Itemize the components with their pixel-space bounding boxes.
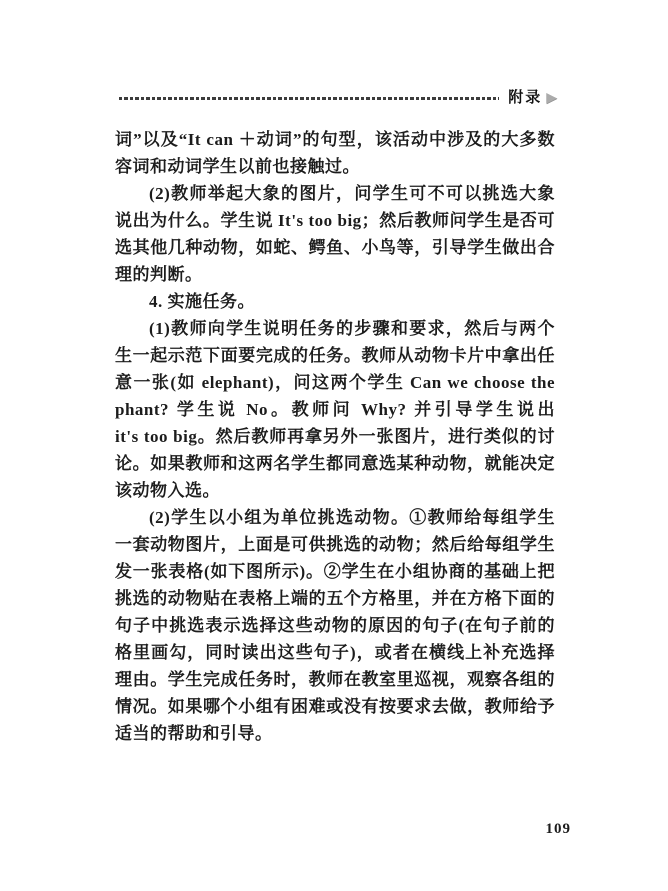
text-line: 论。如果教师和这两名学生都同意选某种动物，就能决定 — [115, 450, 555, 477]
text-line: it's too big。然后教师再拿另外一张图片，进行类似的讨 — [115, 423, 555, 450]
text-line: 意一张(如 elephant)，问这两个学生 Can we choose the… — [115, 369, 555, 396]
triangle-right-icon: ▶ — [546, 89, 557, 107]
text-line: (2)学生以小组为单位挑选动物。①教师给每组学生发 — [115, 504, 555, 531]
text-line: 一套动物图片，上面是可供挑选的动物；然后给每组学生 — [115, 531, 555, 558]
text-line: phant? 学生说 No。教师问 Why? 并引导学生说出 Because — [115, 396, 555, 423]
text-line: 格里画勾，同时读出这些句子)，或者在横线上补充选择的 — [115, 639, 555, 666]
page-number: 109 — [546, 821, 572, 837]
text-line: 理由。学生完成任务时，教师在教室里巡视，观察各组的 — [115, 666, 555, 693]
header-section-label: 附录 — [508, 89, 542, 107]
text-line: 理的判断。 — [115, 261, 555, 288]
text-line: 4. 实施任务。 — [115, 288, 555, 315]
text-line: (2)教师举起大象的图片，问学生可不可以挑选大象并 — [115, 180, 555, 207]
page-header: 附录 ▶ — [119, 89, 557, 107]
text-line: 词”以及“It can ＋动词”的句型，该活动中涉及的大多数形 — [115, 126, 555, 153]
text-line: 说出为什么。学生说 It's too big；然后教师问学生是否可以 — [115, 207, 555, 234]
header-dotted-rule — [119, 97, 499, 100]
text-line: 选其他几种动物，如蛇、鳄鱼、小鸟等，引导学生做出合 — [115, 234, 555, 261]
text-line: 该动物入选。 — [115, 477, 555, 504]
text-line: 发一张表格(如下图所示)。②学生在小组协商的基础上把 — [115, 558, 555, 585]
text-line: 句子中挑选表示选择这些动物的原因的句子(在句子前的方 — [115, 612, 555, 639]
text-line: 生一起示范下面要完成的任务。教师从动物卡片中拿出任 — [115, 342, 555, 369]
body-text: 词”以及“It can ＋动词”的句型，该活动中涉及的大多数形容词和动词学生以前… — [115, 126, 555, 747]
document-page: 附录 ▶ 词”以及“It can ＋动词”的句型，该活动中涉及的大多数形容词和动… — [0, 0, 668, 891]
page-footer: 109 — [0, 820, 571, 838]
text-line: 情况。如果哪个小组有困难或没有按要求去做，教师给予 — [115, 693, 555, 720]
text-line: 容词和动词学生以前也接触过。 — [115, 153, 555, 180]
text-line: (1)教师向学生说明任务的步骤和要求，然后与两个学 — [115, 315, 555, 342]
text-line: 适当的帮助和引导。 — [115, 720, 555, 747]
text-line: 挑选的动物贴在表格上端的五个方格里，并在方格下面的 — [115, 585, 555, 612]
